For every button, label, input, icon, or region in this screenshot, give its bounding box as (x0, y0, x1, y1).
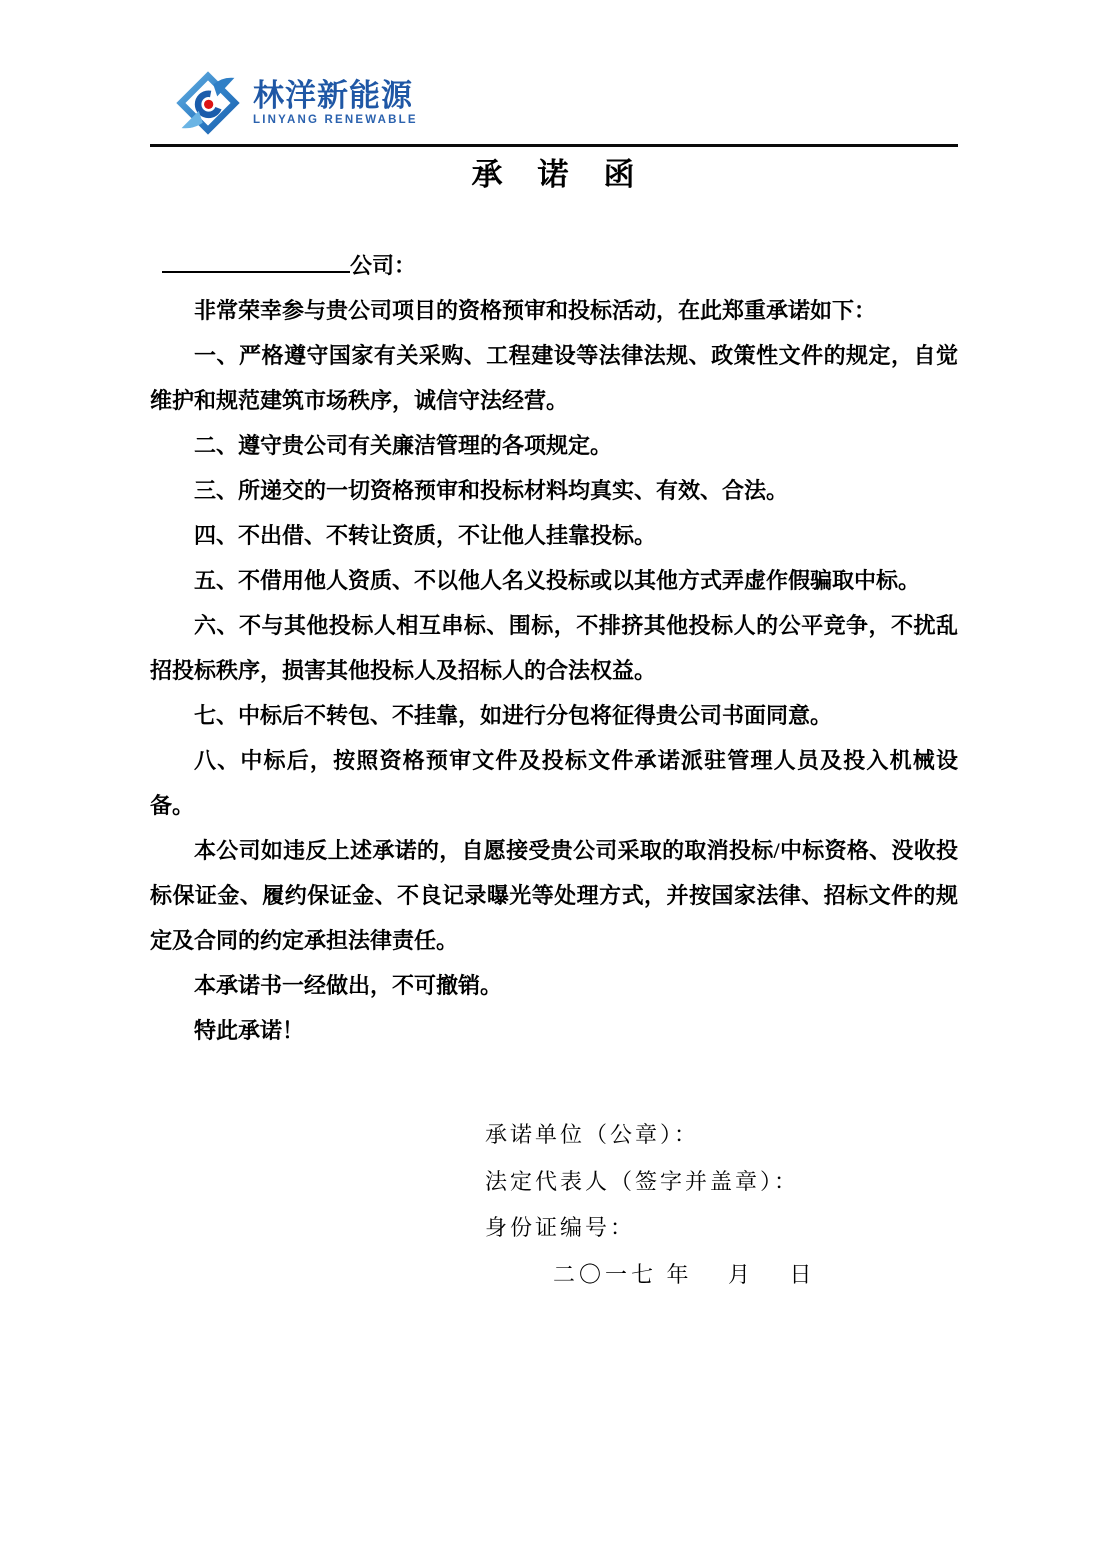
intro-paragraph: 非常荣幸参与贵公司项目的资格预审和投标活动，在此郑重承诺如下： (150, 288, 958, 333)
commitment-item-2: 二、遵守贵公司有关廉洁管理的各项规定。 (150, 423, 958, 468)
company-name-en: LINYANG RENEWABLE (253, 115, 418, 127)
linyang-logo-icon (175, 70, 241, 136)
commitment-item-1: 一、严格遵守国家有关采购、工程建设等法律法规、政策性文件的规定，自觉维护和规范建… (150, 333, 958, 423)
logo-text: 林洋新能源 LINYANG RENEWABLE (253, 80, 418, 127)
signature-block: 承诺单位（公章）： 法定代表人（签字并盖章）： 身份证编号： 二〇一七 年 月 … (485, 1112, 816, 1298)
signature-id-label: 身份证编号： (485, 1205, 816, 1252)
hereby-paragraph: 特此承诺！ (150, 1008, 958, 1053)
company-name-cn: 林洋新能源 (253, 80, 418, 111)
commitment-item-4: 四、不出借、不转让资质，不让他人挂靠投标。 (150, 513, 958, 558)
commitment-item-6: 六、不与其他投标人相互串标、围标，不排挤其他投标人的公平竞争，不扰乱招投标秩序，… (150, 603, 958, 693)
salutation-suffix: 公司： (350, 253, 416, 278)
salutation-line: 公司： (150, 243, 958, 288)
signature-date-line: 二〇一七 年 月 日 (485, 1252, 816, 1299)
commitment-item-7: 七、中标后不转包、不挂靠，如进行分包将征得贵公司书面同意。 (150, 693, 958, 738)
letterhead-divider (150, 144, 958, 147)
commitment-letter-page: 林洋新能源 LINYANG RENEWABLE 承 诺 函 公司： 非常荣幸参与… (0, 0, 1100, 1556)
company-name-blank (162, 270, 350, 273)
violation-paragraph: 本公司如违反上述承诺的，自愿接受贵公司采取的取消投标/中标资格、没收投标保证金、… (150, 828, 958, 963)
page-title: 承 诺 函 (150, 154, 958, 196)
commitment-item-3: 三、所递交的一切资格预审和投标材料均真实、有效、合法。 (150, 468, 958, 513)
signature-legal-rep-label: 法定代表人（签字并盖章）： (485, 1159, 816, 1206)
letterhead: 林洋新能源 LINYANG RENEWABLE (175, 70, 418, 136)
commitment-item-8: 八、中标后，按照资格预审文件及投标文件承诺派驻管理人员及投入机械设备。 (150, 738, 958, 828)
letter-body: 公司： 非常荣幸参与贵公司项目的资格预审和投标活动，在此郑重承诺如下： 一、严格… (150, 243, 958, 1053)
signature-unit-label: 承诺单位（公章）： (485, 1112, 816, 1159)
commitment-item-5: 五、不借用他人资质、不以他人名义投标或以其他方式弄虚作假骗取中标。 (150, 558, 958, 603)
irrevocable-paragraph: 本承诺书一经做出，不可撤销。 (150, 963, 958, 1008)
